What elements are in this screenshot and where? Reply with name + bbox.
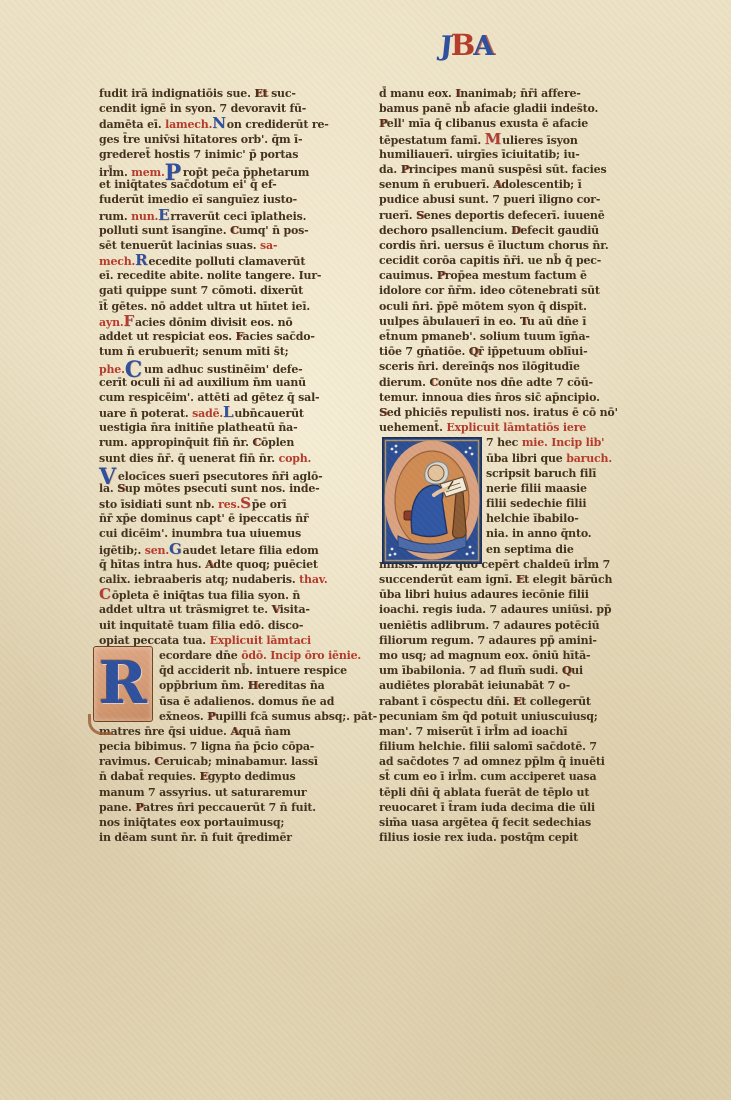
- versal-initial: S: [240, 494, 251, 512]
- text-line: Pell' mīa q̄ clibanus exusta ē afacie: [379, 116, 649, 131]
- body-text: r̄ ip̄petuum oblīui-: [478, 345, 587, 358]
- body-text: onūte nos dn̄e adte 7 cōū-: [438, 376, 593, 389]
- body-text: gati quippe sunt 7 cōmoti. dixerūt: [99, 284, 303, 297]
- text-line: cauimus. Prop̄ea mestum factum ē: [379, 268, 649, 283]
- body-text: dte quoq; puēciet: [213, 558, 317, 571]
- running-title: JBA: [440, 28, 492, 62]
- versal-initial: C: [99, 585, 111, 603]
- text-line: in dēam sunt n̄r. n̄ fuit q̄redimēr: [99, 830, 369, 845]
- versal-initial: P: [165, 160, 181, 186]
- body-text: rabant ī cōspectu dn̄i.: [379, 695, 513, 708]
- body-text: sceris n̄ri. dereīnq̄s nos īlōgitudīe: [379, 360, 580, 373]
- body-text: uehement̄.: [379, 421, 446, 434]
- body-text: acies dōnim divisit eos. nō: [135, 316, 293, 329]
- running-title-letter: B: [451, 28, 474, 62]
- body-text: Q: [469, 345, 478, 358]
- text-line: tiōe 7 gn̄atiōe. Qr̄ ip̄petuum oblīui-: [379, 344, 649, 359]
- body-text: pudice abusi sunt. 7 pueri īligno cor-: [379, 193, 600, 206]
- rubric-text: lamech.: [165, 118, 212, 131]
- body-text: cendit ignē in syon. 7 devoravit fū-: [99, 102, 306, 115]
- text-line: calix. iebraaberis atq; nudaberis. thav.: [99, 572, 369, 587]
- rubric-text: sa-: [260, 239, 277, 252]
- body-text: fudit irā indignatiōis sue.: [99, 87, 251, 100]
- body-text: nanimab; n̄r̄i affere-: [460, 87, 580, 100]
- body-text: en septima die: [486, 543, 574, 556]
- body-text: A: [230, 725, 238, 738]
- body-text: umq' n̄ pos-: [239, 224, 309, 237]
- body-text: rop̄ea mestum factum ē: [445, 269, 587, 282]
- text-line: uehement̄. Explicuit lāmtatiōs iere: [379, 420, 649, 435]
- body-text: D: [511, 224, 520, 237]
- body-text: E: [516, 573, 524, 586]
- body-text: ūba libri que: [486, 452, 566, 465]
- text-line: cum respicēim'. attēti ad gētez q̄ sal-: [99, 390, 369, 405]
- text-line: senum n̄ erubuerī. Adolescentib; ī: [379, 177, 649, 192]
- body-text: īt̄ gētes. nō addet ultra ut hīıtet ieī.: [99, 300, 310, 313]
- body-text: eruicab; minabamur. lassī: [163, 755, 318, 768]
- body-text: helchie ībabilo-: [486, 512, 579, 525]
- body-text: filii sedechie filii: [486, 497, 586, 510]
- body-text: d̄ manu eox.: [379, 87, 455, 100]
- body-text: ūba libri huius adaures iecōnie filii: [379, 588, 589, 601]
- rubric-text: ōdō. Incip ōro iēnie.: [241, 649, 361, 662]
- body-text: filius iosie rex iuda. postq̄m cepit: [379, 831, 578, 844]
- body-text: rincipes manū suspēsi sūt. facies: [409, 163, 607, 176]
- body-text: ulieres īsyon: [502, 134, 578, 147]
- body-text: n̄ dabat̄ requies.: [99, 770, 200, 783]
- body-text: t elegit bārūch: [524, 573, 612, 586]
- text-line: gati quippe sunt 7 cōmoti. dixerūt: [99, 283, 369, 298]
- body-text: P: [379, 117, 387, 130]
- rubric-text: Explicuit lāmtatiōs iere: [446, 421, 586, 434]
- body-text: da.: [379, 163, 401, 176]
- body-text: ioachi. regis iuda. 7 adaures uniūsi. pp…: [379, 603, 611, 616]
- text-line: sto īsidiati sunt nb. res.Sp̄e orī: [99, 496, 369, 511]
- text-line: addet ut respiciat eos. Facies sac̄do-: [99, 329, 369, 344]
- body-text: t collegerūt: [521, 695, 590, 708]
- text-line: q̄ hītas intra hus. Adte quoq; puēciet: [99, 557, 369, 572]
- body-text: C: [154, 755, 163, 768]
- body-text: efecit gaudiū: [520, 224, 599, 237]
- historiated-initial-baruch-scribe: [382, 437, 482, 564]
- body-text: cauimus.: [379, 269, 437, 282]
- body-text: ell' mīa q̄ clibanus exusta ē afacie: [387, 117, 588, 130]
- text-line: d̄ manu eox. Inanimab; n̄r̄i affere-: [379, 86, 649, 101]
- rubric-text: mech.: [99, 255, 135, 268]
- body-text: um ībabilonia. 7 ad flum̄ sudi.: [379, 664, 562, 677]
- body-text: q̄ hītas intra hus.: [99, 558, 205, 571]
- text-line: mo usq; ad magnum eox. ōniū hītā-: [379, 648, 649, 663]
- text-line: ūba libri huius adaures iecōnie filii: [379, 587, 649, 602]
- body-text: S: [379, 406, 387, 419]
- text-line: bamus panē nb̄ afacie gladii indes̄to.: [379, 101, 649, 116]
- text-line: um ībabilonia. 7 ad flum̄ sudi. Qui: [379, 663, 649, 678]
- decorated-initial-letter: R: [99, 649, 147, 717]
- text-line: temur. innoua dies n̄ros sic̄ ap̄ncipio.: [379, 390, 649, 405]
- body-text: addet ut respiciat eos.: [99, 330, 236, 343]
- body-text: manum 7 assyrius. ut saturaremur: [99, 786, 307, 799]
- body-text: temur. innoua dies n̄ros sic̄ ap̄ncipio.: [379, 391, 600, 404]
- body-text: uit inquitatē tuam filia edō. disco-: [99, 619, 303, 632]
- text-line: eī. recedite abite. nolite tangere. Iur-: [99, 268, 369, 283]
- decorated-initial-recordare: R: [93, 646, 153, 722]
- initial-flourish: [88, 714, 113, 735]
- body-text: scripsit baruch filī: [486, 467, 596, 480]
- body-text: ad sac̄dotes 7 ad omnez pp̄lm q̄ inuēti: [379, 755, 605, 768]
- rubric-text: ayn.: [99, 316, 124, 329]
- text-line: Cōpleta ē iniq̄tas tua filia syon. n̄: [99, 587, 369, 602]
- text-line: damēta eī. lamech.Non crediderūt re-: [99, 116, 369, 131]
- text-line: pecuniam s̄m q̄d potuit uniuscuiusq;: [379, 709, 649, 724]
- text-line: cui dicēim'. inumbra tua uiuemus: [99, 526, 369, 541]
- body-text: in dēam sunt n̄r. n̄ fuit q̄redimēr: [99, 831, 292, 844]
- text-line: īt̄ gētes. nō addet ultra ut hīıtet ieī.: [99, 299, 369, 314]
- body-text: humiliauerī. uirgīes īciuitatib; iu-: [379, 148, 580, 161]
- body-text: enes deportis defecerī. iuuenē: [424, 209, 605, 222]
- body-text: up mōtes psecuti sunt nos. inde-: [125, 482, 320, 495]
- text-line: polluti sunt īsangīne. Cumq' n̄ pos-: [99, 223, 369, 238]
- body-text: igētib;.: [99, 544, 145, 557]
- text-line: igētib;. sen.Gaudet letare filia edom: [99, 542, 369, 557]
- text-line: pudice abusi sunt. 7 pueri īligno cor-: [379, 192, 649, 207]
- body-text: et̄num pmaneb'. solium tuum īgn̄a-: [379, 330, 590, 343]
- body-text: suc-: [267, 87, 295, 100]
- text-line: tēpestatum famī. Mulieres īsyon: [379, 132, 649, 147]
- body-text: quā n̄am: [239, 725, 291, 738]
- text-line: da. Principes manū suspēsi sūt. facies: [379, 162, 649, 177]
- body-text: pecuniam s̄m q̄d potuit uniuscuiusq;: [379, 710, 598, 723]
- body-text: ed phiciēs repulisti nos. iratus ē cō nō…: [387, 406, 618, 419]
- text-line: Sed phiciēs repulisti nos. iratus ē cō n…: [379, 405, 649, 420]
- text-line: tēpli dn̄i q̄ ablata fuerāt de tēplo ut: [379, 785, 649, 800]
- body-text: H: [248, 679, 258, 692]
- text-line: filium helchie. filii salomī sac̄dotē. 7: [379, 739, 649, 754]
- body-text: u aū dn̄e ī: [527, 315, 586, 328]
- body-text: ubn̄cauerūt: [234, 407, 303, 420]
- body-text: dechoro psallencium.: [379, 224, 511, 237]
- body-text: fuderūt imedio eī sanguīez iusto-: [99, 193, 297, 206]
- body-text: on crediderūt re-: [227, 118, 329, 131]
- body-text: C: [252, 436, 261, 449]
- scribe-head: [428, 465, 444, 481]
- text-line: humiliauerī. uirgīes īciuitatib; iu-: [379, 147, 649, 162]
- body-text: Q: [562, 664, 571, 677]
- body-text: V: [272, 603, 280, 616]
- body-text: polluti sunt īsangīne.: [99, 224, 230, 237]
- body-text: st̄ cum eo ī irl̄m. cum acciperet uasa: [379, 770, 596, 783]
- body-text: nerie filii maasie: [486, 482, 587, 495]
- versal-initial: L: [223, 403, 233, 421]
- body-text: uulpes ābulauerī in eo.: [379, 315, 520, 328]
- rubric-text: sadē.: [192, 407, 223, 420]
- versal-initial: V: [99, 464, 116, 490]
- body-text: ravimus.: [99, 755, 154, 768]
- body-text: tēpestatum famī.: [379, 134, 485, 147]
- text-line: n̄r̄ xp̄e dominus capt' ē ipeccatis n̄r̄: [99, 511, 369, 526]
- body-text: dierum.: [379, 376, 429, 389]
- body-text: Et: [251, 87, 268, 100]
- text-line: n̄ dabat̄ requies. Egypto dedimus: [99, 769, 369, 784]
- versal-initial: M: [485, 130, 501, 148]
- text-line: mech.Recedite polluti clamaverūt: [99, 253, 369, 268]
- running-title-letter: A: [473, 31, 492, 62]
- text-line: man'. 7 miserūt ī irl̄m ad ioachī: [379, 724, 649, 739]
- body-text: p̄e orī: [252, 498, 287, 511]
- body-text: C: [429, 376, 438, 389]
- body-text: audet letare filia edom: [183, 544, 319, 557]
- text-line: uestigia n̄ra initin̄e platheatū n̄a-: [99, 420, 369, 435]
- text-line: nos iniq̄tates eox portauimusq;: [99, 815, 369, 830]
- text-line: ges t̄re univ̄si hītatores orb'. q̄m ī-: [99, 132, 369, 147]
- body-text: ōpleta ē iniq̄tas tua filia syon. n̄: [112, 589, 300, 602]
- text-line: Velocīces suerī psecutores n̄r̄i aglō-: [99, 466, 369, 481]
- body-text: C: [230, 224, 239, 237]
- body-text: filiorum regum. 7 adaures pp̄ amini-: [379, 634, 597, 647]
- body-text: bamus panē nb̄ afacie gladii indes̄to.: [379, 102, 598, 115]
- text-line: filius iosie rex iuda. postq̄m cepit: [379, 830, 649, 845]
- text-line: reuocaret ī t̄ram iuda decima die ūli: [379, 800, 649, 815]
- body-text: isita-: [280, 603, 310, 616]
- body-text: addet ultra ut trāsmigret te.: [99, 603, 272, 616]
- text-line: pecia bibimus. 7 ligna n̄a p̄cio cōpa-: [99, 739, 369, 754]
- body-text: man'. 7 miserūt ī irl̄m ad ioachī: [379, 725, 567, 738]
- rubric-text: coph.: [279, 452, 312, 465]
- body-text: dolescentib; ī: [501, 178, 581, 191]
- text-line: cordis n̄ri. uersus ē īluctum chorus n̄r…: [379, 238, 649, 253]
- body-text: grederet̄ hostis 7 inimic' p̄ portas: [99, 148, 298, 161]
- body-text: acies sac̄do-: [243, 330, 315, 343]
- text-line: manum 7 assyrius. ut saturaremur: [99, 785, 369, 800]
- body-text: opp̄brium n̄m.: [159, 679, 248, 692]
- text-line: grederet̄ hostis 7 inimic' p̄ portas: [99, 147, 369, 162]
- body-text: filium helchie. filii salomī sac̄dotē. 7: [379, 740, 597, 753]
- rubric-text: res.: [218, 498, 240, 511]
- body-text: q̄d acciderit nb̄. intuere respice: [159, 664, 347, 677]
- text-line: la. Sup mōtes psecuti sunt nos. inde-: [99, 481, 369, 496]
- text-line: fudit irā indignatiōis sue. Et suc-: [99, 86, 369, 101]
- text-line: fuderūt imedio eī sanguīez iusto-: [99, 192, 369, 207]
- text-line: dierum. Conūte nos dn̄e adte 7 cōū-: [379, 375, 649, 390]
- text-line: idolore cor n̄r̄m. ideo cōtenebrati sūt: [379, 283, 649, 298]
- body-text: uestigia n̄ra initin̄e platheatū n̄a-: [99, 421, 297, 434]
- body-text: ecedite polluti clamaverūt: [148, 255, 305, 268]
- text-line: ruerī. Senes deportis defecerī. iuuenē: [379, 208, 649, 223]
- body-text: upilli fcā sumus absq;. pāt-: [215, 710, 377, 723]
- text-line: addet ultra ut trāsmigret te. Visita-: [99, 602, 369, 617]
- text-line: ioachi. regis iuda. 7 adaures uniūsi. pp…: [379, 602, 649, 617]
- body-text: ex̄neos.: [159, 710, 207, 723]
- versal-initial: F: [124, 312, 134, 330]
- body-text: ōplen: [261, 436, 294, 449]
- body-text: reuocaret ī t̄ram iuda decima die ūli: [379, 801, 595, 814]
- body-text: S: [416, 209, 424, 222]
- body-text: mo usq; ad magnum eox. ōniū hītā-: [379, 649, 590, 662]
- text-line: ueniētis adlibrum. 7 adaures potēciū: [379, 618, 649, 633]
- text-line: succenderūt eam ignī. Et elegit bārūch: [379, 572, 649, 587]
- text-line: uare n̄ poterat. sadē.Lubn̄cauerūt: [99, 405, 369, 420]
- body-text: n̄r̄ xp̄e dominus capt' ē ipeccatis n̄r̄: [99, 512, 309, 525]
- text-line: cendit ignē in syon. 7 devoravit fū-: [99, 101, 369, 116]
- body-text: ruerī.: [379, 209, 416, 222]
- versal-initial: E: [158, 206, 169, 224]
- body-text: ūsa ē adalienos. domus n̄e ad: [159, 695, 334, 708]
- body-text: oculi n̄ri. p̄pē mōtem syon q̄ dispīt.: [379, 300, 587, 313]
- text-line: audiētes plorabāt ieiunabāt 7 o-: [379, 678, 649, 693]
- body-text: rum.: [99, 210, 131, 223]
- text-column-left: fudit irā indignatiōis sue. Et suc-cendi…: [99, 86, 369, 845]
- text-line: ayn.Facies dōnim divisit eos. nō: [99, 314, 369, 329]
- body-text: ecordare dn̄e: [159, 649, 241, 662]
- text-line: rabant ī cōspectu dn̄i. Et collegerūt: [379, 694, 649, 709]
- versal-initial: G: [169, 540, 182, 558]
- body-text: P: [401, 163, 409, 176]
- rubric-text: thav.: [299, 573, 327, 586]
- text-line: sim̄a uasa argētea q̄ fecit sedechias: [379, 815, 649, 830]
- text-line: cecidit corōa capitis n̄r̄i. ue nb̄ q̄ p…: [379, 253, 649, 268]
- manuscript-page: JBA fudit irā indignatiōis sue. Et suc-c…: [0, 0, 731, 1100]
- rubric-text: mie. Incip lib': [522, 436, 604, 449]
- text-line: matres n̄re q̄si uidue. Aquā n̄am: [99, 724, 369, 739]
- text-line: oculi n̄ri. p̄pē mōtem syon q̄ dispīt.: [379, 299, 649, 314]
- body-text: sunt dies n̄r̄. q̄ uenerat fin̄ n̄r.: [99, 452, 279, 465]
- rubric-text: nun.: [131, 210, 158, 223]
- body-text: tiōe 7 gn̄atiōe.: [379, 345, 469, 358]
- body-text: atres n̄ri peccauerūt 7 n̄ fuit.: [143, 801, 316, 814]
- text-line: et̄num pmaneb'. solium tuum īgn̄a-: [379, 329, 649, 344]
- text-line: dechoro psallencium. Defecit gaudiū: [379, 223, 649, 238]
- text-line: sunt dies n̄r̄. q̄ uenerat fin̄ n̄r. cop…: [99, 451, 369, 466]
- text-line: uulpes ābulauerī in eo. Tu aū dn̄e ī: [379, 314, 649, 329]
- body-text: succenderūt eam ignī.: [379, 573, 516, 586]
- body-text: opiat peccata tua.: [99, 634, 210, 647]
- body-text: sto īsidiati sunt nb.: [99, 498, 218, 511]
- body-text: P: [135, 801, 143, 814]
- text-line: et iniq̄tates sac̄dotum ei' q̄ ef-: [99, 177, 369, 192]
- body-text: et iniq̄tates sac̄dotum ei' q̄ ef-: [99, 178, 276, 191]
- text-line: st̄ cum eo ī irl̄m. cum acciperet uasa: [379, 769, 649, 784]
- body-text: idolore cor n̄r̄m. ideo cōtenebrati sūt: [379, 284, 600, 297]
- body-text: cui dicēim'. inumbra tua uiuemus: [99, 527, 301, 540]
- body-text: tēpli dn̄i q̄ ablata fuerāt de tēplo ut: [379, 786, 589, 799]
- text-line: uit inquitatē tuam filia edō. disco-: [99, 618, 369, 633]
- body-text: rraverūt ceci īplatheis.: [170, 210, 306, 223]
- body-text: eī. recedite abite. nolite tangere. Iur-: [99, 269, 321, 282]
- text-line: pane. Patres n̄ri peccauerūt 7 n̄ fuit.: [99, 800, 369, 815]
- text-line: rum. appropinq̄uit fin̄ n̄r. Cōplen: [99, 435, 369, 450]
- body-text: matres n̄re q̄si uidue.: [99, 725, 230, 738]
- body-text: nos iniq̄tates eox portauimusq;: [99, 816, 284, 829]
- body-text: 7 hec: [486, 436, 522, 449]
- body-text: gypto dedimus: [208, 770, 296, 783]
- text-line: sceris n̄ri. dereīnq̄s nos īlōgitudīe: [379, 359, 649, 374]
- body-text: F: [236, 330, 243, 343]
- body-text: cordis n̄ri. uersus ē īluctum chorus n̄r…: [379, 239, 608, 252]
- versal-initial: C: [125, 357, 142, 383]
- text-line: rum. nun.Erraverūt ceci īplatheis.: [99, 208, 369, 223]
- text-line: phe.Cum adhuc sustinēim' defe-: [99, 359, 369, 374]
- body-text: rum. appropinq̄uit fin̄ n̄r.: [99, 436, 252, 449]
- body-text: sēt tenuerūt lacinias suas.: [99, 239, 260, 252]
- body-text: sim̄a uasa argētea q̄ fecit sedechias: [379, 816, 591, 829]
- body-text: ereditas n̄a: [258, 679, 325, 692]
- body-text: E: [200, 770, 208, 783]
- body-text: ueniētis adlibrum. 7 adaures potēciū: [379, 619, 599, 632]
- body-text: uare n̄ poterat.: [99, 407, 192, 420]
- rubric-text: Explicuit lāmtaci: [210, 634, 311, 647]
- text-line: filiorum regum. 7 adaures pp̄ amini-: [379, 633, 649, 648]
- body-text: calix. iebraaberis atq; nudaberis.: [99, 573, 299, 586]
- body-text: pecia bibimus. 7 ligna n̄a p̄cio cōpa-: [99, 740, 314, 753]
- body-text: S: [117, 482, 125, 495]
- body-text: pane.: [99, 801, 135, 814]
- body-text: audiētes plorabāt ieiunabāt 7 o-: [379, 679, 570, 692]
- versal-initial: R: [135, 251, 147, 269]
- body-text: P: [437, 269, 445, 282]
- body-text: senum n̄ erubuerī.: [379, 178, 493, 191]
- body-text: nia. in anno q̄nto.: [486, 527, 591, 540]
- body-text: cecidit corōa capitis n̄r̄i. ue nb̄ q̄ p…: [379, 254, 601, 267]
- text-line: ad sac̄dotes 7 ad omnez pp̄lm q̄ inuēti: [379, 754, 649, 769]
- body-text: ui: [571, 664, 583, 677]
- body-text: damēta eī.: [99, 118, 165, 131]
- versal-initial: N: [212, 114, 226, 132]
- body-text: ges t̄re univ̄si hītatores orb'. q̄m ī-: [99, 133, 302, 146]
- text-line: irl̄m. mem.Prop̄t pec̄a p̄phetarum: [99, 162, 369, 177]
- rubric-text: baruch.: [566, 452, 612, 465]
- body-text: T: [520, 315, 527, 328]
- body-text: cum respicēim'. attēti ad gētez q̄ sal-: [99, 391, 319, 404]
- text-line: ravimus. Ceruicab; minabamur. lassī: [99, 754, 369, 769]
- rubric-text: sen.: [145, 544, 169, 557]
